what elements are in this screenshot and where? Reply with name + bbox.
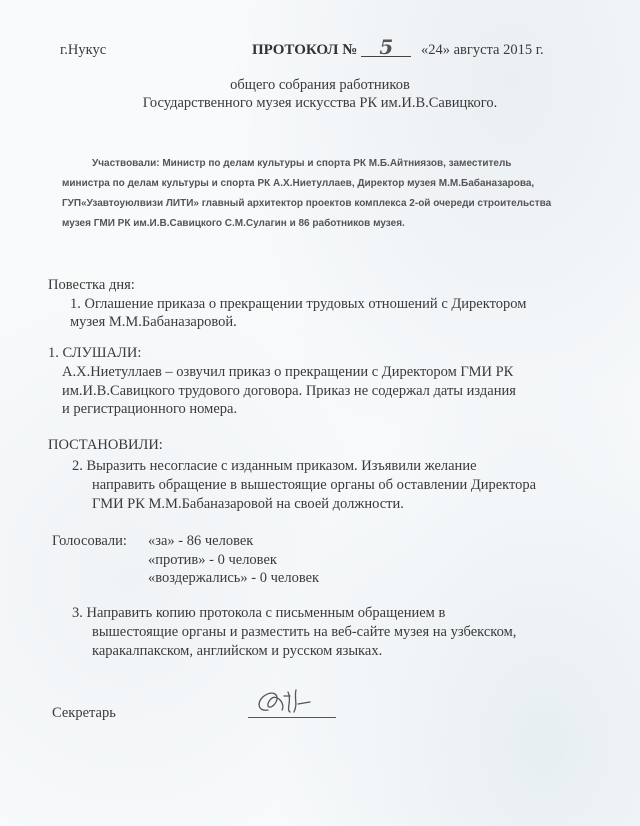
resolved-item-2-line-1: 2. Выразить несогласие с изданным приказ… [72, 458, 477, 475]
agenda-item-1-line-2: музея М.М.Бабаназаровой. [70, 314, 237, 331]
document-page: г.Нукус ПРОТОКОЛ №5 «24» августа 2015 г.… [0, 0, 640, 826]
participants-line-3: ГУП«Узавтоуюлвизи ЛИТИ» главный архитект… [62, 198, 551, 209]
protocol-title: ПРОТОКОЛ №5 [252, 38, 411, 59]
item-3-line-3: каракалпакском, английском и русском язы… [92, 643, 382, 660]
participants-line-2: министра по делам культуры и спорта РК А… [62, 178, 534, 189]
item-3-line-1: 3. Направить копию протокола с письменны… [72, 605, 445, 622]
agenda-heading: Повестка дня: [48, 277, 135, 294]
heard-heading: 1. СЛУШАЛИ: [48, 345, 141, 362]
heard-line-1: А.Х.Ниетуллаев – озвучил приказ о прекра… [62, 364, 513, 381]
protocol-date: «24» августа 2015 г. [421, 42, 544, 59]
resolved-item-2-line-2: направить обращение в вышестоящие органы… [92, 477, 536, 494]
resolved-item-2-line-3: ГМИ РК М.М.Бабаназаровой на своей должно… [92, 496, 404, 513]
heard-line-3: и регистрационного номера. [62, 401, 237, 418]
subtitle-line-1: общего собрания работников [0, 77, 640, 94]
subtitle-line-2: Государственного музея искусства РК им.И… [0, 95, 640, 112]
vote-against: «против» - 0 человек [148, 552, 277, 569]
heard-line-2: им.И.В.Савицкого трудового договора. При… [62, 383, 516, 400]
secretary-label: Секретарь [52, 705, 116, 722]
resolved-heading: ПОСТАНОВИЛИ: [48, 437, 163, 454]
protocol-title-text: ПРОТОКОЛ № [252, 42, 357, 58]
vote-abstained: «воздержались» - 0 человек [148, 570, 319, 587]
participants-line-4: музея ГМИ РК им.И.В.Савицкого С.М.Сулаги… [62, 218, 405, 229]
city-label: г.Нукус [60, 42, 106, 59]
signature-line [248, 717, 336, 718]
item-3-line-2: вышестоящие органы и разместить на веб-с… [92, 624, 516, 641]
agenda-item-1-line-1: 1. Оглашение приказа о прекращении трудо… [70, 296, 526, 313]
vote-for: «за» - 86 человек [148, 533, 253, 550]
participants-line-1: Участвовали: Министр по делам культуры и… [92, 158, 511, 169]
protocol-number-handwritten: 5 [361, 38, 411, 57]
voting-label: Голосовали: [52, 533, 127, 550]
signature-icon [250, 682, 320, 722]
